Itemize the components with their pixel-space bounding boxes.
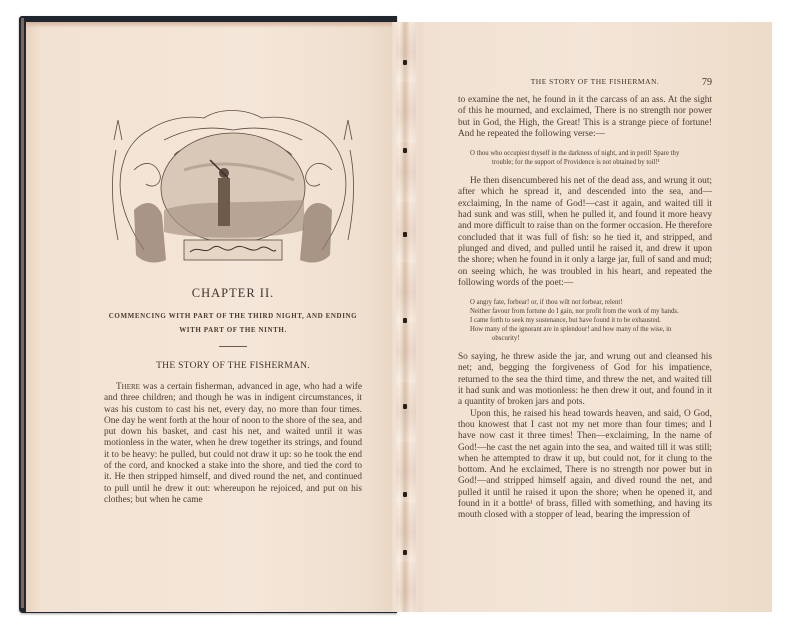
binding-stitch [403,492,407,497]
verse-line: O thou who occupiest thyself in the dark… [470,149,712,158]
binding-stitch [403,404,407,409]
verse-line: O angry fate, forbear! or, if thou wilt … [470,298,712,307]
chapter-subtitle-line: WITH PART OF THE NINTH. [104,323,362,337]
running-head-title: THE STORY OF THE FISHERMAN. [531,77,660,88]
paragraph: So saying, he threw aside the jar, and w… [458,352,712,408]
binding-stitch [403,232,407,237]
spacer [458,77,488,88]
open-book: CHAPTER II. COMMENCING WITH PART OF THE … [0,0,800,633]
verse-line: obscurity! [470,334,712,343]
paragraph: to examine the net, he found in it the c… [458,95,712,140]
body-text: There was a certain fisherman, advanced … [104,382,362,506]
body-text: to examine the net, he found in it the c… [458,95,712,522]
right-page-content: THE STORY OF THE FISHERMAN. 79 to examin… [458,77,712,522]
left-page-content: CHAPTER II. COMMENCING WITH PART OF THE … [104,100,362,506]
chapter-subtitle-line: COMMENCING WITH PART OF THE THIRD NIGHT,… [104,309,362,323]
paragraph: He then disencumbered his net of the dea… [458,176,712,289]
paragraph: Upon this, he raised his head towards he… [458,409,712,522]
verse-block: O thou who occupiest thyself in the dark… [470,149,712,167]
page-edge [21,18,24,608]
engraving-icon [104,100,362,272]
verse-line: How many of the ignorant are in splendou… [470,325,712,334]
paragraph: There was a certain fisherman, advanced … [104,382,362,506]
binding-stitch [403,550,407,555]
verse-line: trouble; for the support of Providence i… [470,158,712,167]
chapter-subtitle: COMMENCING WITH PART OF THE THIRD NIGHT,… [104,309,362,337]
binding-stitch [403,148,407,153]
page-number: 79 [702,77,712,88]
paragraph-text: was a certain fisherman, advanced in age… [104,382,362,505]
dropcap-word: There [116,382,140,392]
chapter-illustration [104,100,362,272]
verse-line: Neither favour from fortune do I gain, n… [470,307,712,316]
chapter-title: CHAPTER II. [104,286,362,301]
running-head: THE STORY OF THE FISHERMAN. 79 [458,77,712,88]
binding-stitch [403,318,407,323]
section-divider [219,346,247,347]
binding-stitch [403,60,407,65]
gutter-fold [396,22,416,612]
story-title: THE STORY OF THE FISHERMAN. [104,361,362,371]
verse-block: O angry fate, forbear! or, if thou wilt … [470,298,712,343]
verse-line: I came forth to seek my sustenance, but … [470,316,712,325]
